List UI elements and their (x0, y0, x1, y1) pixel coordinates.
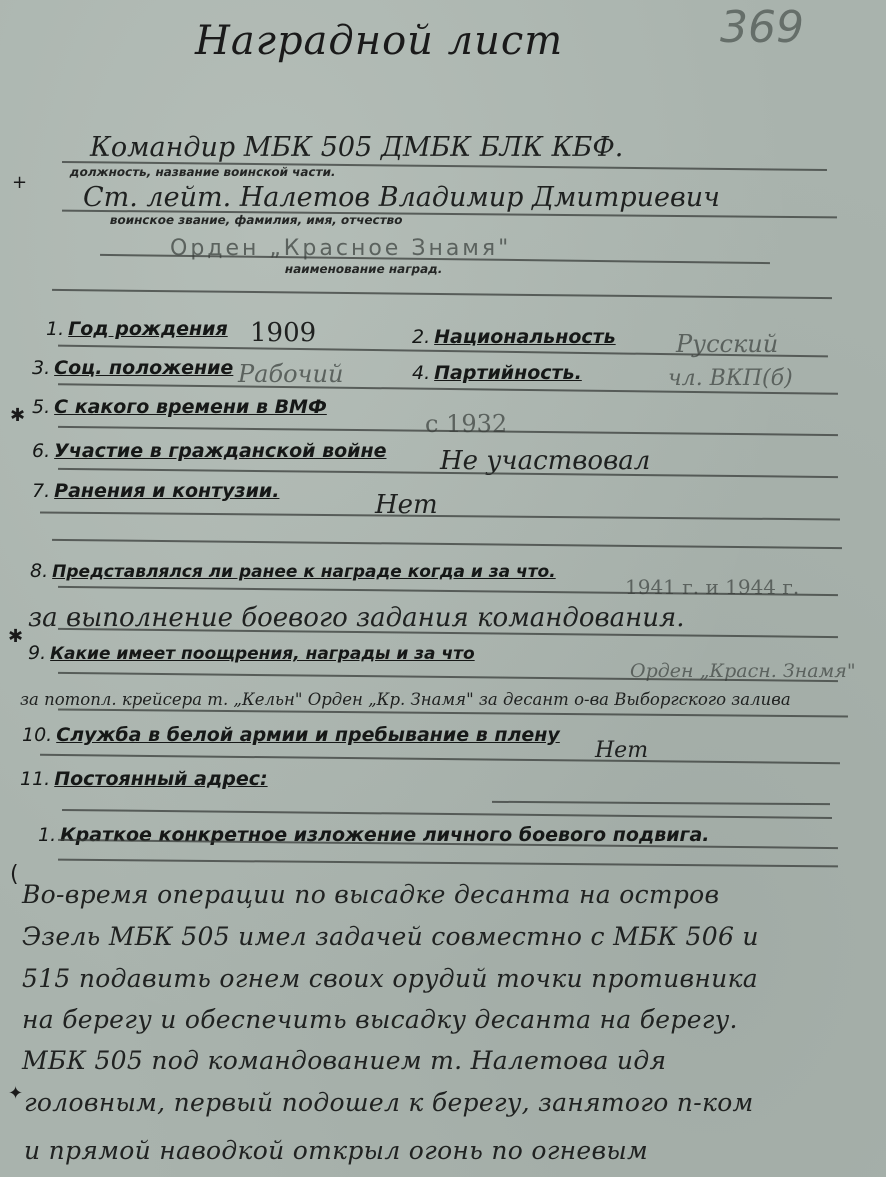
question-number: 3. (32, 357, 50, 379)
question-8: 8.Представлялся ли ранее к награде когда… (30, 560, 556, 582)
question-number: 10. (22, 724, 52, 746)
question-number: 5. (32, 396, 50, 418)
question-10: 10.Служба в белой армии и пребывание в п… (22, 724, 560, 746)
question-number: 4. (412, 362, 430, 384)
question-1: 1.Год рождения (46, 318, 228, 340)
section-number: 1. (38, 824, 56, 846)
narrative-line: Во-время операции по высадке десанта на … (22, 880, 719, 909)
question-label: Год рождения (68, 318, 228, 340)
question-label: Служба в белой армии и пребывание в плен… (56, 724, 560, 746)
question-number: 9. (28, 642, 46, 664)
question-number: 7. (32, 480, 50, 502)
position-caption: должность, название воинской части. (69, 165, 338, 179)
rank-name-value: Ст. лейт. Налетов Владимир Дмитриевич (83, 182, 720, 213)
margin-mark: + (12, 172, 27, 193)
answer-navy-since: с 1932 (425, 410, 507, 438)
question-label: Соц. положение (54, 357, 233, 379)
narrative-line: Эзель МБК 505 имел задачей совместно с М… (22, 922, 759, 951)
award-caption: наименование наград. (284, 262, 445, 276)
question-label: С какого времени в ВМФ (54, 396, 327, 418)
rule-line (52, 539, 842, 549)
question-3: 3.Соц. положение (32, 357, 233, 379)
document-title: Наградной лист (195, 18, 563, 64)
answer-party: чл. ВКП(б) (668, 366, 793, 391)
rule-line (58, 709, 848, 718)
question-label: Постоянный адрес: (54, 768, 267, 790)
question-number: 8. (30, 560, 48, 582)
position-value: Командир МБК 505 ДМБК БЛК КБФ. (90, 132, 623, 163)
rank-name-caption: воинское звание, фамилия, имя, отчество (109, 213, 405, 227)
question-label: Ранения и контузии. (54, 480, 279, 502)
question-label: Представлялся ли ранее к награде когда и… (52, 562, 556, 582)
question-label: Участие в гражданской войне (54, 440, 386, 462)
narrative-line: на берегу и обеспечить высадку десанта н… (22, 1005, 738, 1034)
archive-page-number: 369 (720, 2, 804, 53)
answer-social-status: Рабочий (238, 360, 343, 388)
rule-line (58, 859, 838, 868)
question-label: Национальность (434, 326, 616, 348)
question-number: 11. (20, 768, 50, 790)
question-4: 4.Партийность. (412, 362, 582, 384)
question-label: Какие имеет поощрения, награды и за что (50, 644, 475, 664)
question-7: 7.Ранения и контузии. (32, 480, 279, 502)
rule-line (40, 512, 840, 521)
question-11: 11.Постоянный адрес: (20, 768, 268, 790)
narrative-line: головным, первый подошел к берегу, занят… (24, 1088, 754, 1117)
rule-line (492, 801, 830, 805)
margin-mark: ✱ (10, 405, 25, 426)
question-6: 6.Участие в гражданской войне (32, 440, 386, 462)
rule-line (52, 289, 832, 299)
margin-mark: ✱ (8, 626, 23, 647)
answer-awards-continued: за потопл. крейсера т. „Кельн" Орден „Кр… (20, 690, 791, 709)
narrative-line: 515 подавить огнем своих орудий точки пр… (22, 964, 758, 993)
question-label: Партийность. (434, 362, 582, 384)
question-number: 2. (412, 326, 430, 348)
narrative-line: МБК 505 под командованием т. Налетова ид… (22, 1046, 666, 1075)
question-number: 6. (32, 440, 50, 462)
question-2: 2.Национальность (412, 326, 616, 348)
question-5: 5.С какого времени в ВМФ (32, 396, 327, 418)
answer-birth-year: 1909 (250, 318, 316, 348)
question-number: 1. (46, 318, 64, 340)
rule-line (62, 809, 832, 819)
margin-mark: ✦ (8, 1083, 23, 1104)
margin-mark: ( (10, 862, 19, 887)
narrative-line: и прямой наводкой открыл огонь по огневы… (24, 1136, 648, 1165)
rule-line (40, 754, 840, 764)
question-9: 9.Какие имеет поощрения, награды и за чт… (28, 642, 475, 664)
